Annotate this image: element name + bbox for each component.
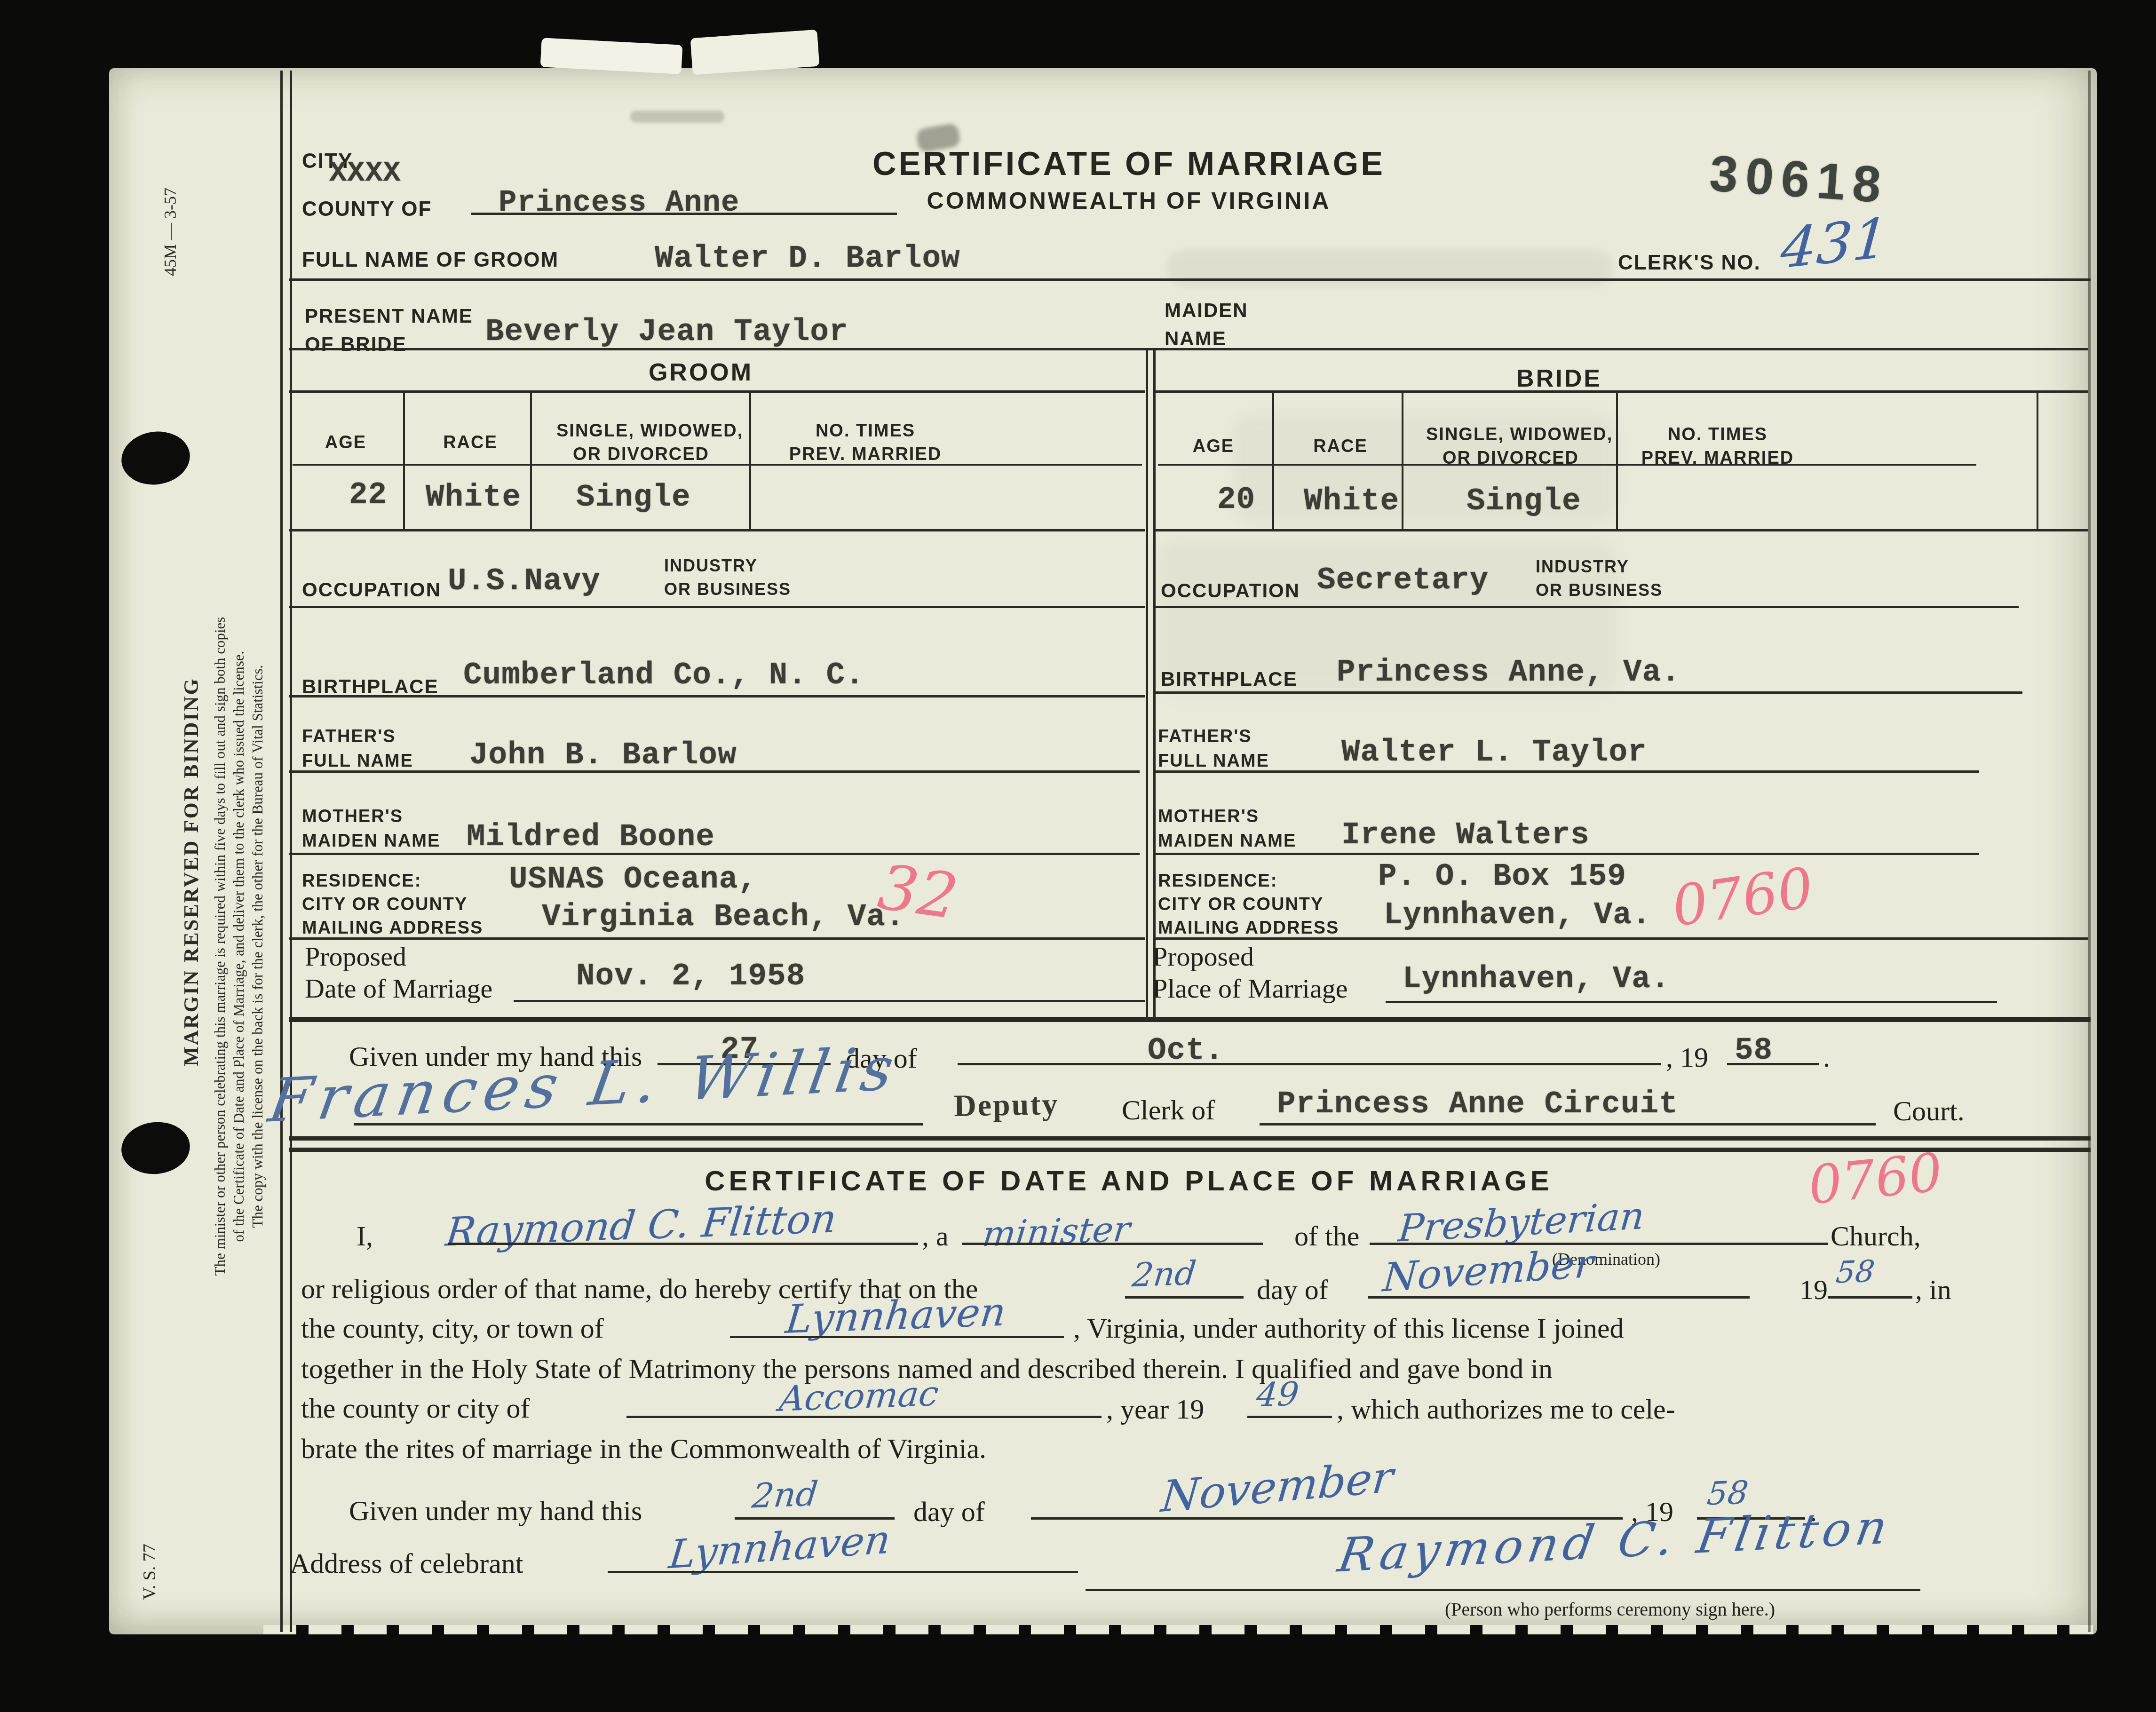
cert-minister-rule [448,1243,918,1245]
double-rule-bottom [289,1148,2091,1152]
bride-birthplace-rule [1153,691,2022,694]
bride-table-right-rule [2037,391,2038,529]
groom-residence-label-1: RESIDENCE: [302,871,421,891]
bride-status-value: Single [1466,483,1581,519]
maiden-name-label-2: NAME [1165,327,1227,350]
cert-line5-year-prefix: , year 19 [1106,1393,1204,1426]
cert-line5-year-rule [1247,1416,1332,1418]
bride-father-label-2: FULL NAME [1158,751,1269,771]
groom-father-rule [289,770,1140,773]
bride-col-divider [1272,391,1274,529]
bride-father-label-1: FATHER'S [1158,727,1252,747]
bride-age-value: 20 [1217,482,1255,517]
cert-ofthe-text: of the [1294,1220,1359,1252]
city-strike-value: XXXX [329,156,401,190]
groom-age-value: 22 [349,477,387,513]
bride-section-heading: BRIDE [1489,365,1630,393]
cert-line5-place: Accomac [777,1373,941,1419]
cert-line2-day-rule [1125,1296,1244,1299]
cert-church-text: Church, [1831,1220,1921,1252]
perforation-edge [263,1625,2093,1634]
bride-race-label: RACE [1256,436,1425,457]
groom-status-value: Single [576,480,691,515]
cert-line3-place-rule [730,1336,1064,1338]
bride-mother-label-1: MOTHER'S [1158,807,1259,827]
cert-i-text: I, [357,1220,373,1252]
binding-margin-rule [290,71,292,1632]
margin-instructions-line1: The minister or other person celebrating… [212,276,229,1617]
cert-line2-in: , in [1915,1274,1951,1306]
bride-mother-value: Irene Walters [1341,817,1590,853]
groom-industry-label-2: OR BUSINESS [664,579,791,599]
cert-line5-year: 49 [1254,1374,1300,1414]
groom-residence-value-1: USNAS Oceana, [509,862,757,897]
bride-residence-label-3: MAILING ADDRESS [1158,918,1339,938]
cert-line5-place-rule [626,1416,1102,1418]
bride-residence-label-2: CITY OR COUNTY [1158,895,1324,915]
page-subtitle: COMMONWEALTH OF VIRGINIA [856,187,1402,214]
cert-heading: CERTIFICATE OF DATE AND PLACE OF MARRIAG… [602,1165,1656,1197]
groom-col-divider [530,391,532,529]
proposed-date-value: Nov. 2, 1958 [576,959,805,994]
bride-mother-label-2: MAIDEN NAME [1158,831,1296,851]
cert-line2-year-rule [1828,1296,1912,1299]
groom-industry-label-1: INDUSTRY [664,556,758,576]
groom-name-value: Walter D. Barlow [655,241,960,276]
groom-residence-label-2: CITY OR COUNTY [302,895,468,915]
bride-times-label-1: NO. TIMES [1633,425,1802,445]
bride-heading-rule [1153,390,2088,393]
bride-mother-rule [1153,853,1979,855]
bride-status-label-1: SINGLE, WIDOWED, [1426,425,1595,445]
court-name-rule [1260,1123,1876,1125]
cert-line3-place: Lynnhaven [784,1289,1008,1342]
margin-binding-note: MARGIN RESERVED FOR BINDING [179,566,203,1178]
groom-mother-value: Mildred Boone [467,819,715,855]
bride-father-rule [1153,770,1979,773]
groom-mother-label-2: MAIDEN NAME [302,831,440,851]
proposed-date-rule [514,1000,1145,1002]
groom-father-value: John B. Barlow [469,737,737,773]
registration-stamp: 30618 [1708,143,1890,214]
court-suffix-text: Court. [1893,1095,1965,1127]
groom-times-label-1: NO. TIMES [781,421,950,441]
groom-colheader-rule [293,464,1142,466]
cert-given-day: 2nd [750,1474,820,1516]
margin-print-code: 45M — 3-57 [160,124,180,340]
groom-red-annotation: 32 [874,851,962,934]
groom-mother-label-1: MOTHER'S [302,807,403,827]
bride-occupation-rule [1153,606,2019,608]
cert-given-dayof: day of [913,1496,985,1528]
groom-occupation-label: OCCUPATION [302,579,441,601]
cert-role-rule [962,1243,1263,1245]
cert-line2-dayof: day of [1257,1274,1328,1306]
ink-smudge [630,111,724,123]
groom-occupation-rule [289,606,1145,608]
bride-birthplace-label: BIRTHPLACE [1161,668,1298,690]
proposed-place-label-2: Place of Marriage [1152,973,1347,1004]
binding-margin-rule [280,71,283,1632]
cert-comma-a-text: , a [922,1220,949,1252]
groom-birthplace-value: Cumberland Co., N. C. [463,658,864,693]
issue-period: . [1823,1041,1830,1074]
cert-role-value: minister [981,1209,1132,1255]
groom-name-label: FULL NAME OF GROOM [302,248,559,272]
cert-denomination-rule [1370,1243,1828,1245]
groom-section-heading: GROOM [630,358,771,387]
bride-name-rule [289,348,2088,350]
bride-stats-bottom-rule [1153,529,2088,531]
groom-residence-value-2: Virginia Beach, Va. [542,899,905,935]
proposed-place-label-1: Proposed [1152,941,1254,972]
county-value: Princess Anne [499,186,739,220]
present-name-label-1: PRESENT NAME [305,305,473,327]
margin-instructions-line3: The copy with the license on the back is… [249,394,266,1499]
groom-father-label-2: FULL NAME [302,751,413,771]
issue-year-rule [1727,1063,1819,1065]
bride-race-value: White [1304,483,1399,519]
court-name-value: Princess Anne Circuit [1277,1086,1678,1122]
groom-heading-rule [289,390,1145,393]
groom-race-value: White [426,480,521,515]
clerk-no-value: 431 [1779,206,1891,281]
groom-name-rule [289,278,2091,281]
bride-name-value: Beverly Jean Taylor [485,314,848,349]
cert-line2-19: 19 [1799,1274,1828,1306]
address-rule [608,1571,1078,1573]
groom-occupation-value: U.S.Navy [448,563,601,599]
bride-residence-value-2: Lynnhaven, Va. [1384,897,1651,933]
groom-times-label-2: PREV. MARRIED [781,444,950,465]
bride-col-divider [1402,391,1403,529]
groom-status-label-1: SINGLE, WIDOWED, [556,421,726,441]
clerk-no-label: CLERK'S NO. [1618,251,1761,275]
bride-father-value: Walter L. Taylor [1341,735,1647,770]
present-name-label-2: OF BRIDE [305,333,407,356]
bride-residence-label-1: RESIDENCE: [1158,871,1277,891]
bride-birthplace-value: Princess Anne, Va. [1337,655,1680,690]
margin-form-number: V. S. 77 [139,1511,160,1633]
proposed-date-label-1: Proposed [305,941,406,972]
groom-status-label-2: OR DIVORCED [556,444,726,465]
proposed-date-label-2: Date of Marriage [305,973,492,1004]
bride-colheader-rule [1158,464,1976,466]
county-label: COUNTY OF [302,198,432,221]
groom-col-divider [403,391,405,529]
issue-month-rule [958,1063,1661,1065]
cert-line5-text: the county or city of [301,1392,530,1425]
groom-father-label-1: FATHER'S [302,727,396,747]
section-heavy-rule [289,1017,2091,1022]
groom-stats-bottom-rule [289,529,1145,531]
bride-occupation-label: OCCUPATION [1161,579,1300,602]
page-title: CERTIFICATE OF MARRIAGE [832,145,1425,182]
bride-col-divider [1616,391,1618,529]
cert-line2-month-rule [1368,1296,1750,1299]
bride-industry-label-2: OR BUSINESS [1536,580,1663,600]
groom-birthplace-label: BIRTHPLACE [302,675,439,698]
groom-mother-rule [289,853,1140,855]
cert-line2-day: 2nd [1130,1254,1198,1295]
bride-residence-value-1: P. O. Box 159 [1378,859,1626,894]
cert-line3-text: the county, city, or town of [301,1312,604,1345]
margin-instructions-line2: of the Certificate of Date and Place of … [230,347,247,1546]
scan-artifact [1166,249,1613,287]
proposed-place-value: Lynnhaven, Va. [1403,961,1670,997]
cert-given-text: Given under my hand this [349,1495,642,1527]
sign-here-caption: (Person who performs ceremony sign here.… [1344,1598,1876,1620]
address-label: Address of celebrant [290,1547,523,1580]
celebrant-signature-rule [1086,1589,1920,1591]
issue-year-prefix: , 19 [1666,1041,1708,1074]
deputy-stamp: Deputy [953,1086,1059,1124]
cert-line6-text: brate the rites of marriage in the Commo… [301,1433,986,1465]
cert-line3-rest: , Virginia, under authority of this lice… [1073,1312,1624,1345]
right-edge-rule [2088,71,2091,1632]
bride-residence-rule [1153,937,2088,940]
bride-industry-label-1: INDUSTRY [1536,557,1629,577]
issue-month-value: Oct. [1148,1033,1224,1068]
cert-line2-year: 58 [1834,1254,1877,1291]
groom-residence-label-3: MAILING ADDRESS [302,918,483,938]
groom-residence-rule [289,937,1145,940]
cert-line5-rest: , which authorizes me to cele- [1337,1393,1675,1426]
maiden-name-label-1: MAIDEN [1165,299,1248,322]
groom-col-divider [749,391,751,529]
groom-birthplace-rule [289,695,1145,697]
clerk-signature-rule [354,1123,923,1125]
double-rule-top [289,1136,2091,1141]
groom-race-label: RACE [386,433,555,453]
county-rule [471,213,897,215]
bride-occupation-value: Secretary [1317,563,1489,598]
proposed-place-rule [1386,1001,1997,1003]
clerk-of-text: Clerk of [1122,1094,1215,1126]
